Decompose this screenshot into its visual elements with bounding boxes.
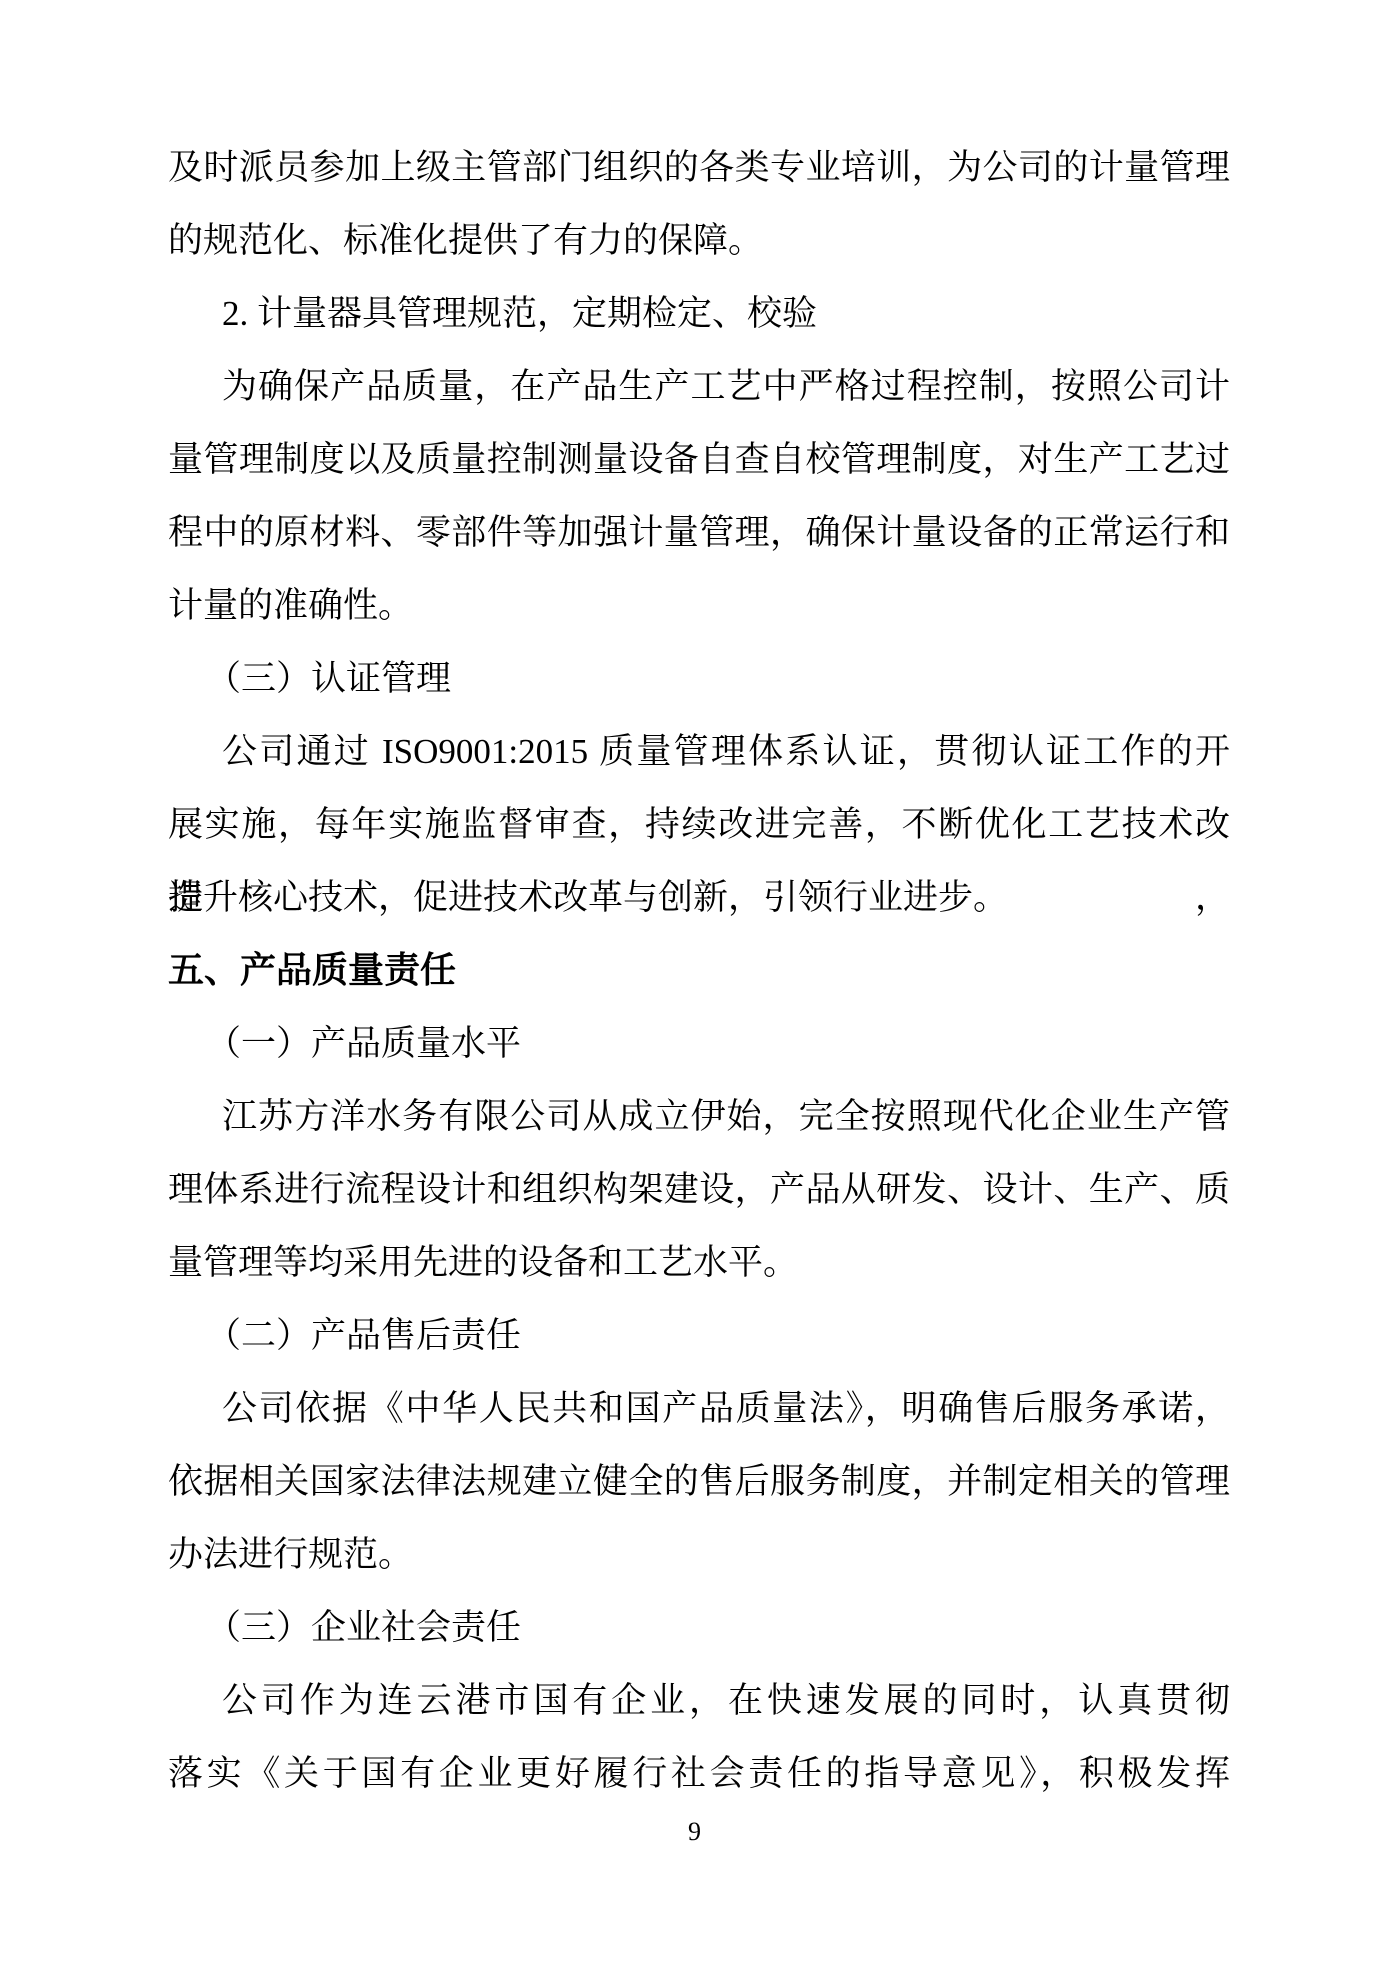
text-line: 2. 计量器具管理规范，定期检定、校验 xyxy=(168,277,1230,350)
heading-line: （二）产品售后责任 xyxy=(168,1299,1230,1372)
text-line: 办法进行规范。 xyxy=(168,1518,1230,1591)
heading-line: （三）企业社会责任 xyxy=(168,1591,1230,1664)
heading-line: （一）产品质量水平 xyxy=(168,1007,1230,1080)
text-line: 的规范化、标准化提供了有力的保障。 xyxy=(168,204,1230,277)
text-line: 量管理等均采用先进的设备和工艺水平。 xyxy=(168,1226,1230,1299)
text-line: 公司通过 ISO9001:2015 质量管理体系认证，贯彻认证工作的开 xyxy=(168,715,1230,788)
page-number: 9 xyxy=(0,1812,1389,1852)
text-line: 计量的准确性。 xyxy=(168,569,1230,642)
text-line: 江苏方洋水务有限公司从成立伊始，完全按照现代化企业生产管 xyxy=(168,1080,1230,1153)
text-line: 依据相关国家法律法规建立健全的售后服务制度，并制定相关的管理 xyxy=(168,1445,1230,1518)
text-line: 为确保产品质量，在产品生产工艺中严格过程控制，按照公司计 xyxy=(168,350,1230,423)
text-line: 及时派员参加上级主管部门组织的各类专业培训，为公司的计量管理 xyxy=(168,131,1230,204)
text-line: 公司作为连云港市国有企业，在快速发展的同时，认真贯彻 xyxy=(168,1664,1230,1737)
text-line: 公司依据《中华人民共和国产品质量法》，明确售后服务承诺， xyxy=(168,1372,1230,1445)
text-line: 量管理制度以及质量控制测量设备自查自校管理制度，对生产工艺过 xyxy=(168,423,1230,496)
text-line: 展实施，每年实施监督审查，持续改进完善，不断优化工艺技术改造， xyxy=(168,788,1230,861)
document-body: 及时派员参加上级主管部门组织的各类专业培训，为公司的计量管理的规范化、标准化提供… xyxy=(168,131,1230,1810)
text-line: 程中的原材料、零部件等加强计量管理，确保计量设备的正常运行和 xyxy=(168,496,1230,569)
heading-line: 五、产品质量责任 xyxy=(168,934,1230,1007)
text-line: 落实《关于国有企业更好履行社会责任的指导意见》，积极发挥 xyxy=(168,1737,1230,1810)
text-line: 理体系进行流程设计和组织构架建设，产品从研发、设计、生产、质 xyxy=(168,1153,1230,1226)
document-page: 及时派员参加上级主管部门组织的各类专业培训，为公司的计量管理的规范化、标准化提供… xyxy=(0,0,1389,1964)
heading-line: （三）认证管理 xyxy=(168,642,1230,715)
